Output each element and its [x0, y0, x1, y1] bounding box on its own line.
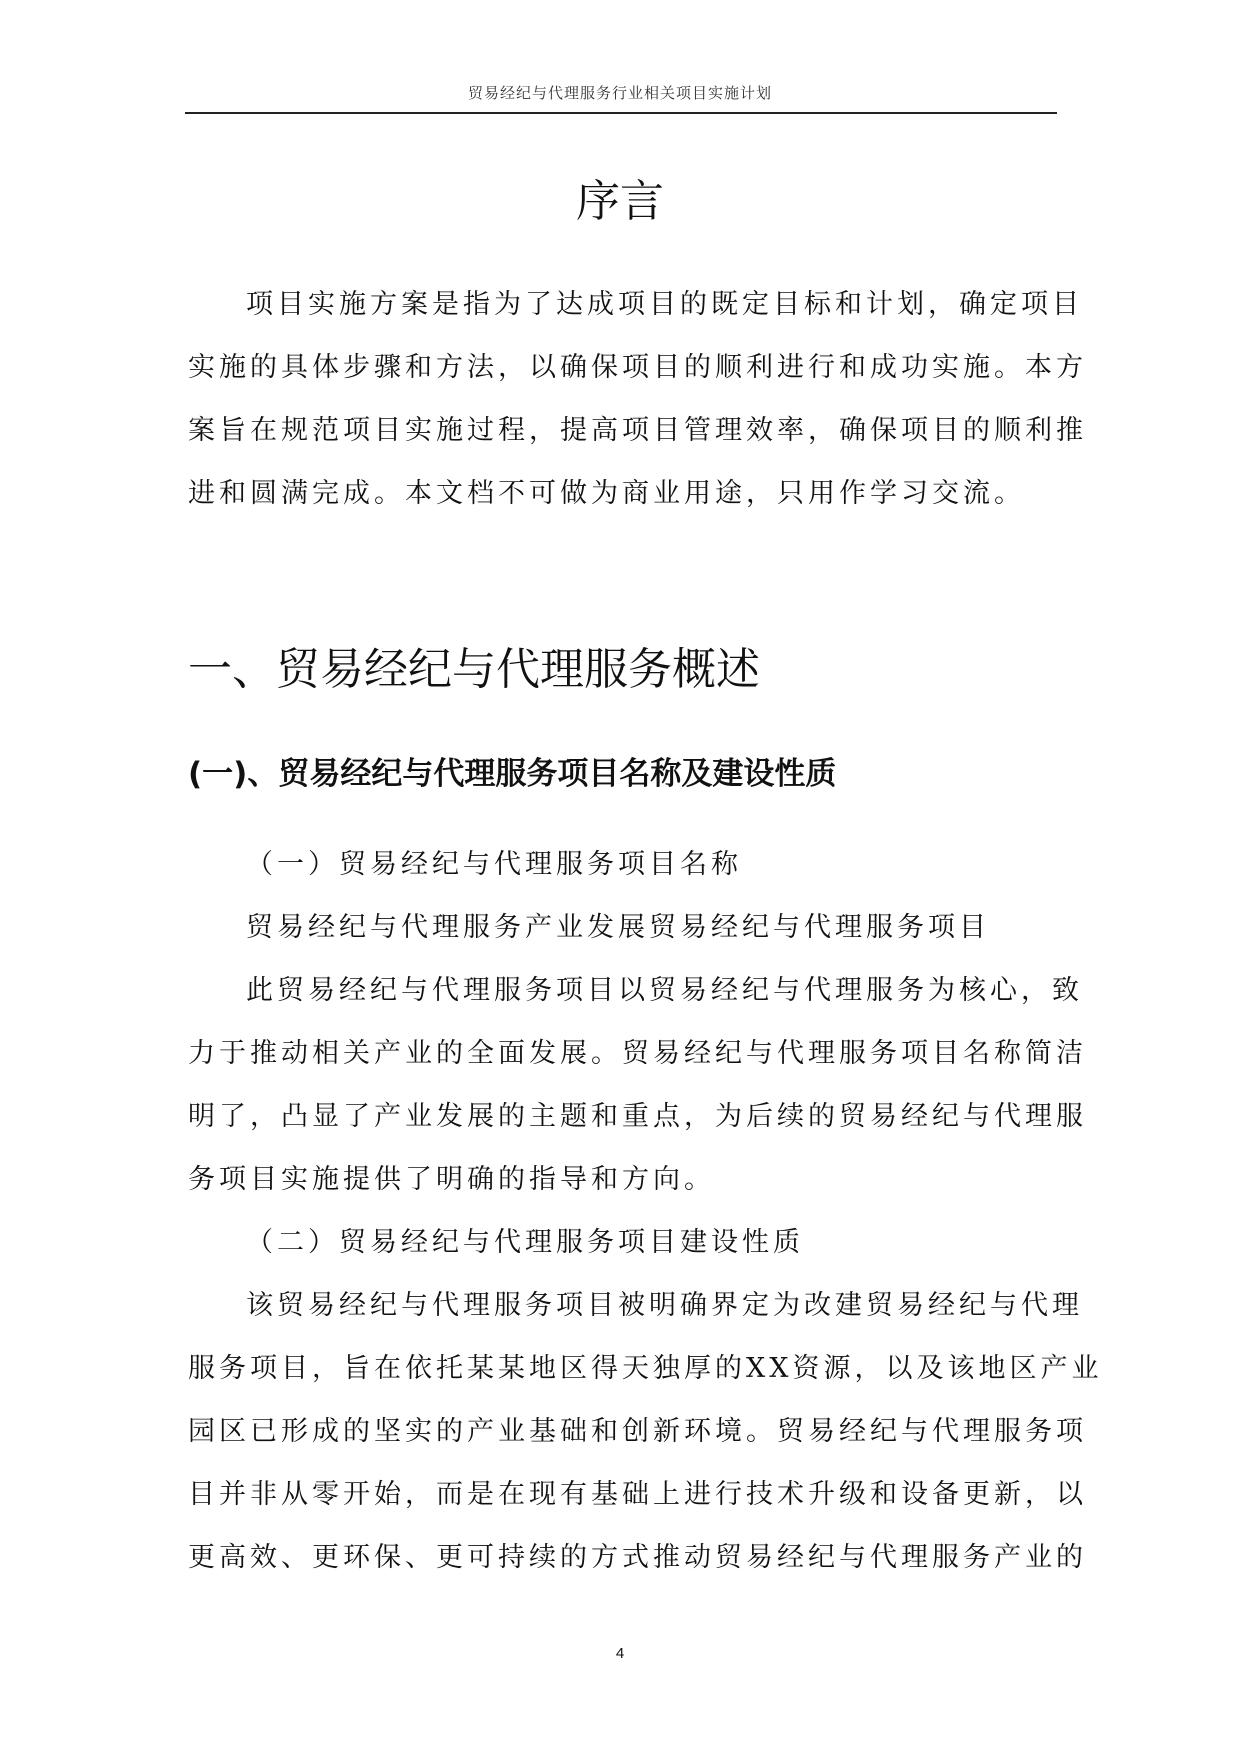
paragraph-line: 该贸易经纪与代理服务项目被明确界定为改建贸易经纪与代理	[246, 1283, 1114, 1322]
item-label: （一）贸易经纪与代理服务项目名称	[246, 842, 1114, 881]
section-heading: 一、贸易经纪与代理服务概述	[188, 633, 760, 697]
page-number: 4	[0, 1645, 1240, 1662]
preface-title: 序言	[0, 165, 1240, 229]
paragraph-line: 务项目实施提供了明确的指导和方向。	[188, 1157, 1056, 1196]
paragraph-line: 进和圆满完成。本文档不可做为商业用途，只用作学习交流。	[188, 471, 1056, 510]
running-header-title: 贸易经纪与代理服务行业相关项目实施计划	[0, 82, 1240, 103]
header-divider	[185, 112, 1057, 114]
paragraph-line: 更高效、更环保、更可持续的方式推动贸易经纪与代理服务产业的	[188, 1535, 1056, 1574]
project-name-line: 贸易经纪与代理服务产业发展贸易经纪与代理服务项目	[246, 905, 1114, 944]
paragraph-line: 项目实施方案是指为了达成项目的既定目标和计划，确定项目	[246, 282, 1114, 321]
paragraph-line: 目并非从零开始，而是在现有基础上进行技术升级和设备更新，以	[188, 1472, 1056, 1511]
paragraph-line: 服务项目，旨在依托某某地区得天独厚的XX资源，以及该地区产业	[188, 1346, 1056, 1385]
paragraph-line: 力于推动相关产业的全面发展。贸易经纪与代理服务项目名称简洁	[188, 1031, 1056, 1070]
paragraph-line: 此贸易经纪与代理服务项目以贸易经纪与代理服务为核心，致	[246, 968, 1114, 1007]
paragraph-line: 园区已形成的坚实的产业基础和创新环境。贸易经纪与代理服务项	[188, 1409, 1056, 1448]
subsection-heading: (一)、贸易经纪与代理服务项目名称及建设性质	[188, 748, 836, 793]
paragraph-line: 明了，凸显了产业发展的主题和重点，为后续的贸易经纪与代理服	[188, 1094, 1056, 1133]
paragraph-line: 案旨在规范项目实施过程，提高项目管理效率，确保项目的顺利推	[188, 408, 1056, 447]
paragraph-line: 实施的具体步骤和方法，以确保项目的顺利进行和成功实施。本方	[188, 345, 1056, 384]
item-label: （二）贸易经纪与代理服务项目建设性质	[246, 1220, 1114, 1259]
